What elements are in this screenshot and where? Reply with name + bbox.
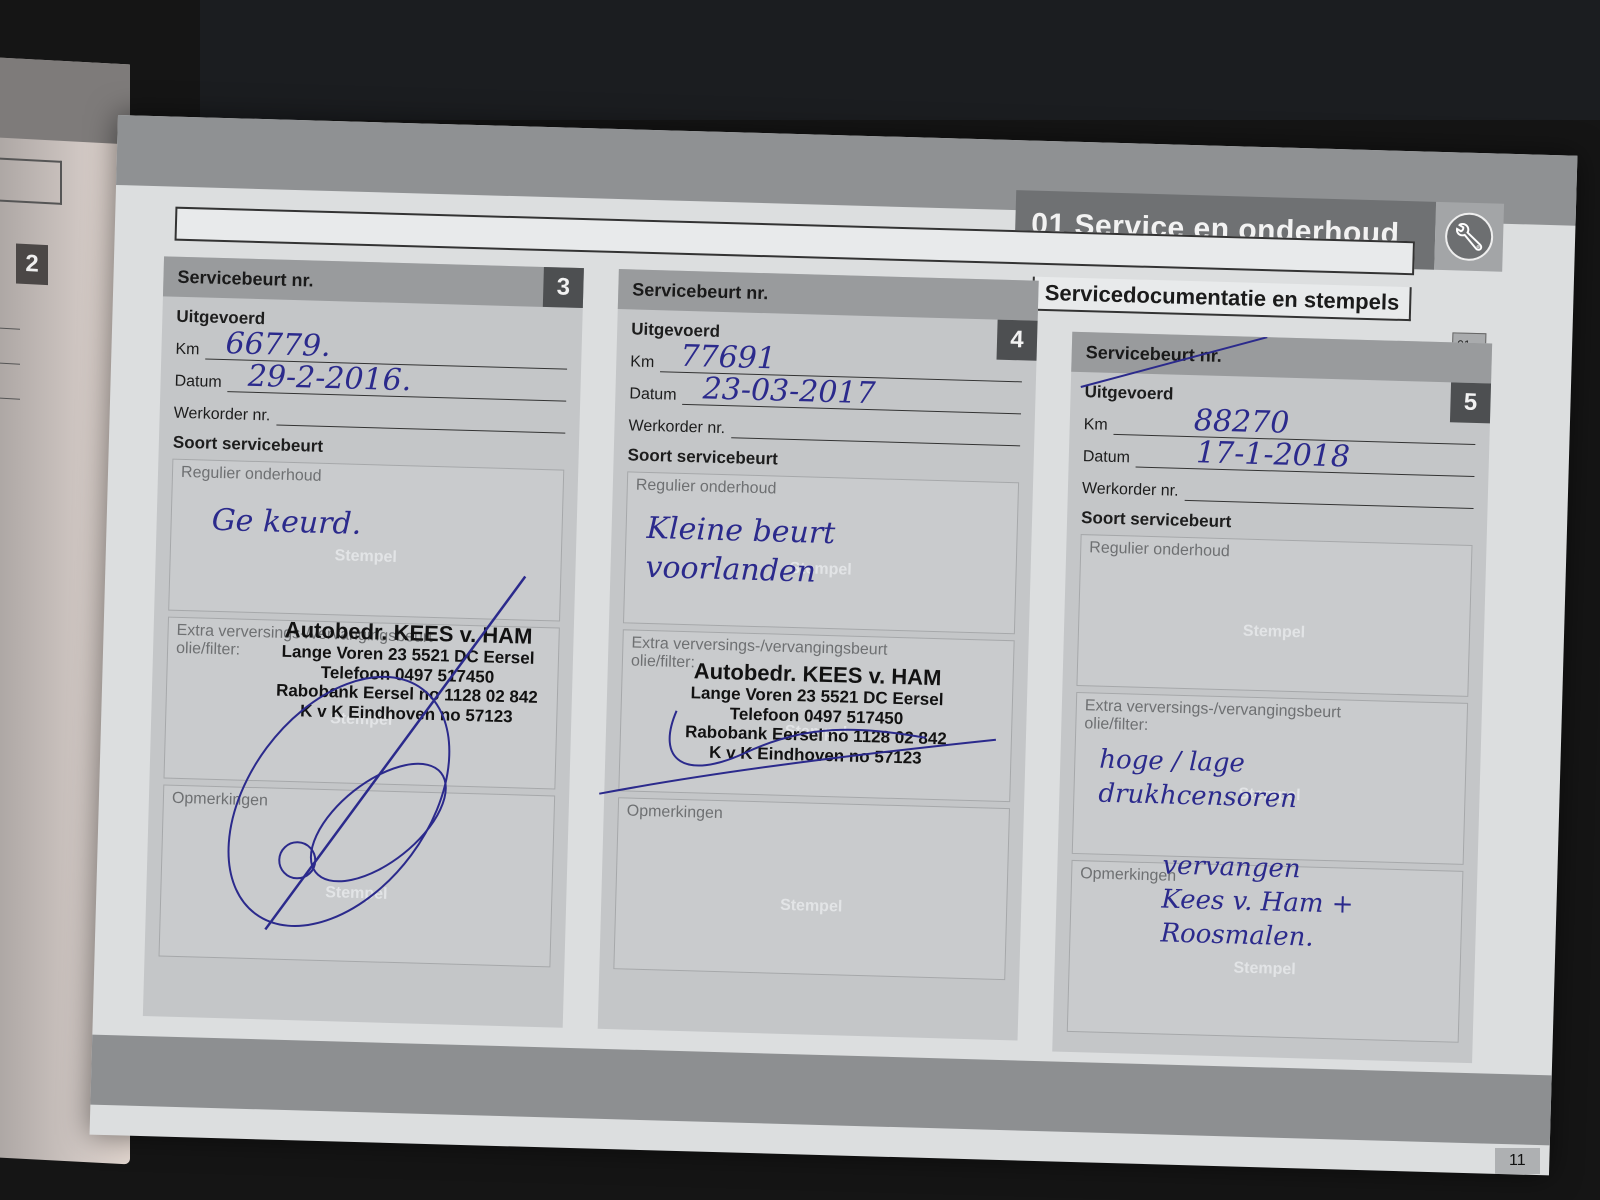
opmerkingen-section: Opmerkingen Stempel	[159, 785, 556, 968]
regulier-section: Regulier onderhoud Stempel	[1076, 534, 1472, 697]
left-page-line	[0, 326, 20, 330]
stempel-placeholder: Stempel	[1079, 618, 1469, 647]
werkorder-label: Werkorder nr.	[173, 405, 270, 426]
werkorder-label: Werkorder nr.	[628, 417, 725, 438]
opmerkingen-section: Opmerkingen Stempel vervangen Kees v. Ha…	[1067, 860, 1464, 1043]
extra-section: Extra verversings-/vervangingsbeurtolie/…	[618, 629, 1014, 802]
km-label: Km	[630, 353, 654, 372]
opmerkingen-label: Opmerkingen	[164, 786, 555, 823]
left-page-title-box	[0, 156, 62, 205]
entry-header-label: Servicebeurt nr.	[632, 279, 769, 304]
datum-label: Datum	[1083, 448, 1131, 467]
entry-header-label: Servicebeurt nr.	[1085, 342, 1222, 367]
garage-stamp: Autobedr. KEES v. HAM Lange Voren 23 552…	[650, 657, 983, 770]
opmerkingen-note: vervangen Kees v. Ham + Roosmalen.	[1160, 849, 1355, 956]
regulier-label: Regulier onderhoud	[173, 460, 564, 497]
page-number: 11	[1495, 1148, 1540, 1174]
left-page-header-band	[0, 56, 130, 145]
datum-label: Datum	[629, 385, 677, 404]
regulier-label: Regulier onderhoud	[1081, 535, 1472, 572]
regulier-section: Regulier onderhoud Stempel Ge keurd.	[168, 459, 564, 622]
werkorder-field[interactable]	[731, 415, 1021, 446]
opmerkingen-label: Opmerkingen	[618, 798, 1009, 835]
subtitle: Servicedocumentatie en stempels	[1032, 277, 1411, 322]
garage-stamp: Autobedr. KEES v. HAM Lange Voren 23 552…	[246, 616, 569, 728]
regulier-label: Regulier onderhoud	[627, 472, 1018, 509]
extra-section: Extra verversings-/vervangingsbeurtolie/…	[163, 617, 559, 790]
stempel-placeholder: Stempel	[171, 542, 561, 571]
km-value: 77691	[680, 339, 776, 377]
olie-filter-label: olie/filter:	[176, 640, 240, 659]
wrench-icon: 🔧︎	[1444, 212, 1493, 261]
left-page-entry-number: 2	[16, 243, 48, 285]
regulier-note: Ge keurd.	[211, 501, 362, 544]
left-page-line	[0, 361, 20, 365]
stempel-placeholder: Stempel	[161, 879, 551, 908]
opmerkingen-section: Opmerkingen Stempel	[613, 797, 1010, 980]
regulier-section: Regulier onderhoud Stempel Kleine beurt …	[623, 471, 1019, 634]
werkorder-label: Werkorder nr.	[1082, 480, 1179, 501]
entry-number: 3	[543, 267, 584, 308]
stempel-placeholder: Stempel	[616, 892, 1006, 921]
datum-value: 29-2-2016.	[247, 359, 411, 399]
left-page-line	[0, 396, 20, 400]
service-entry-card: Servicebeurt nr. 3 Uitgevoerd Km66779. D…	[143, 256, 584, 1027]
section-icon-tab: 🔧︎	[1434, 202, 1504, 272]
regulier-note: Kleine beurt voorlanden	[645, 509, 836, 592]
werkorder-field[interactable]	[1184, 478, 1474, 509]
extra-note: hoge / lage drukhcensoren	[1098, 744, 1298, 817]
km-value: 66779.	[225, 326, 331, 364]
soort-label: Soort servicebeurt	[1081, 508, 1473, 539]
olie-filter-label: olie/filter:	[1084, 715, 1148, 734]
km-label: Km	[1083, 416, 1107, 435]
service-entry-card: Servicebeurt nr. 4 Uitgevoerd Km77691 Da…	[598, 269, 1039, 1040]
datum-value: 17-1-2018	[1196, 435, 1351, 474]
km-label: Km	[175, 341, 199, 360]
stempel-placeholder: Stempel	[1069, 954, 1459, 983]
datum-label: Datum	[174, 373, 222, 392]
soort-label: Soort servicebeurt	[173, 433, 565, 464]
werkorder-field[interactable]	[276, 403, 566, 434]
service-entry-card: Servicebeurt nr. 5 Uitgevoerd Km88270 Da…	[1052, 332, 1492, 1063]
entry-header-label: Servicebeurt nr.	[177, 266, 314, 291]
service-booklet-page: 01 Service en onderhoud 🔧︎ Servicedocume…	[90, 115, 1578, 1175]
extra-section: Extra verversings-/vervangingsbeurtolie/…	[1072, 692, 1468, 865]
soort-label: Soort servicebeurt	[627, 445, 1019, 476]
background	[200, 0, 1600, 120]
